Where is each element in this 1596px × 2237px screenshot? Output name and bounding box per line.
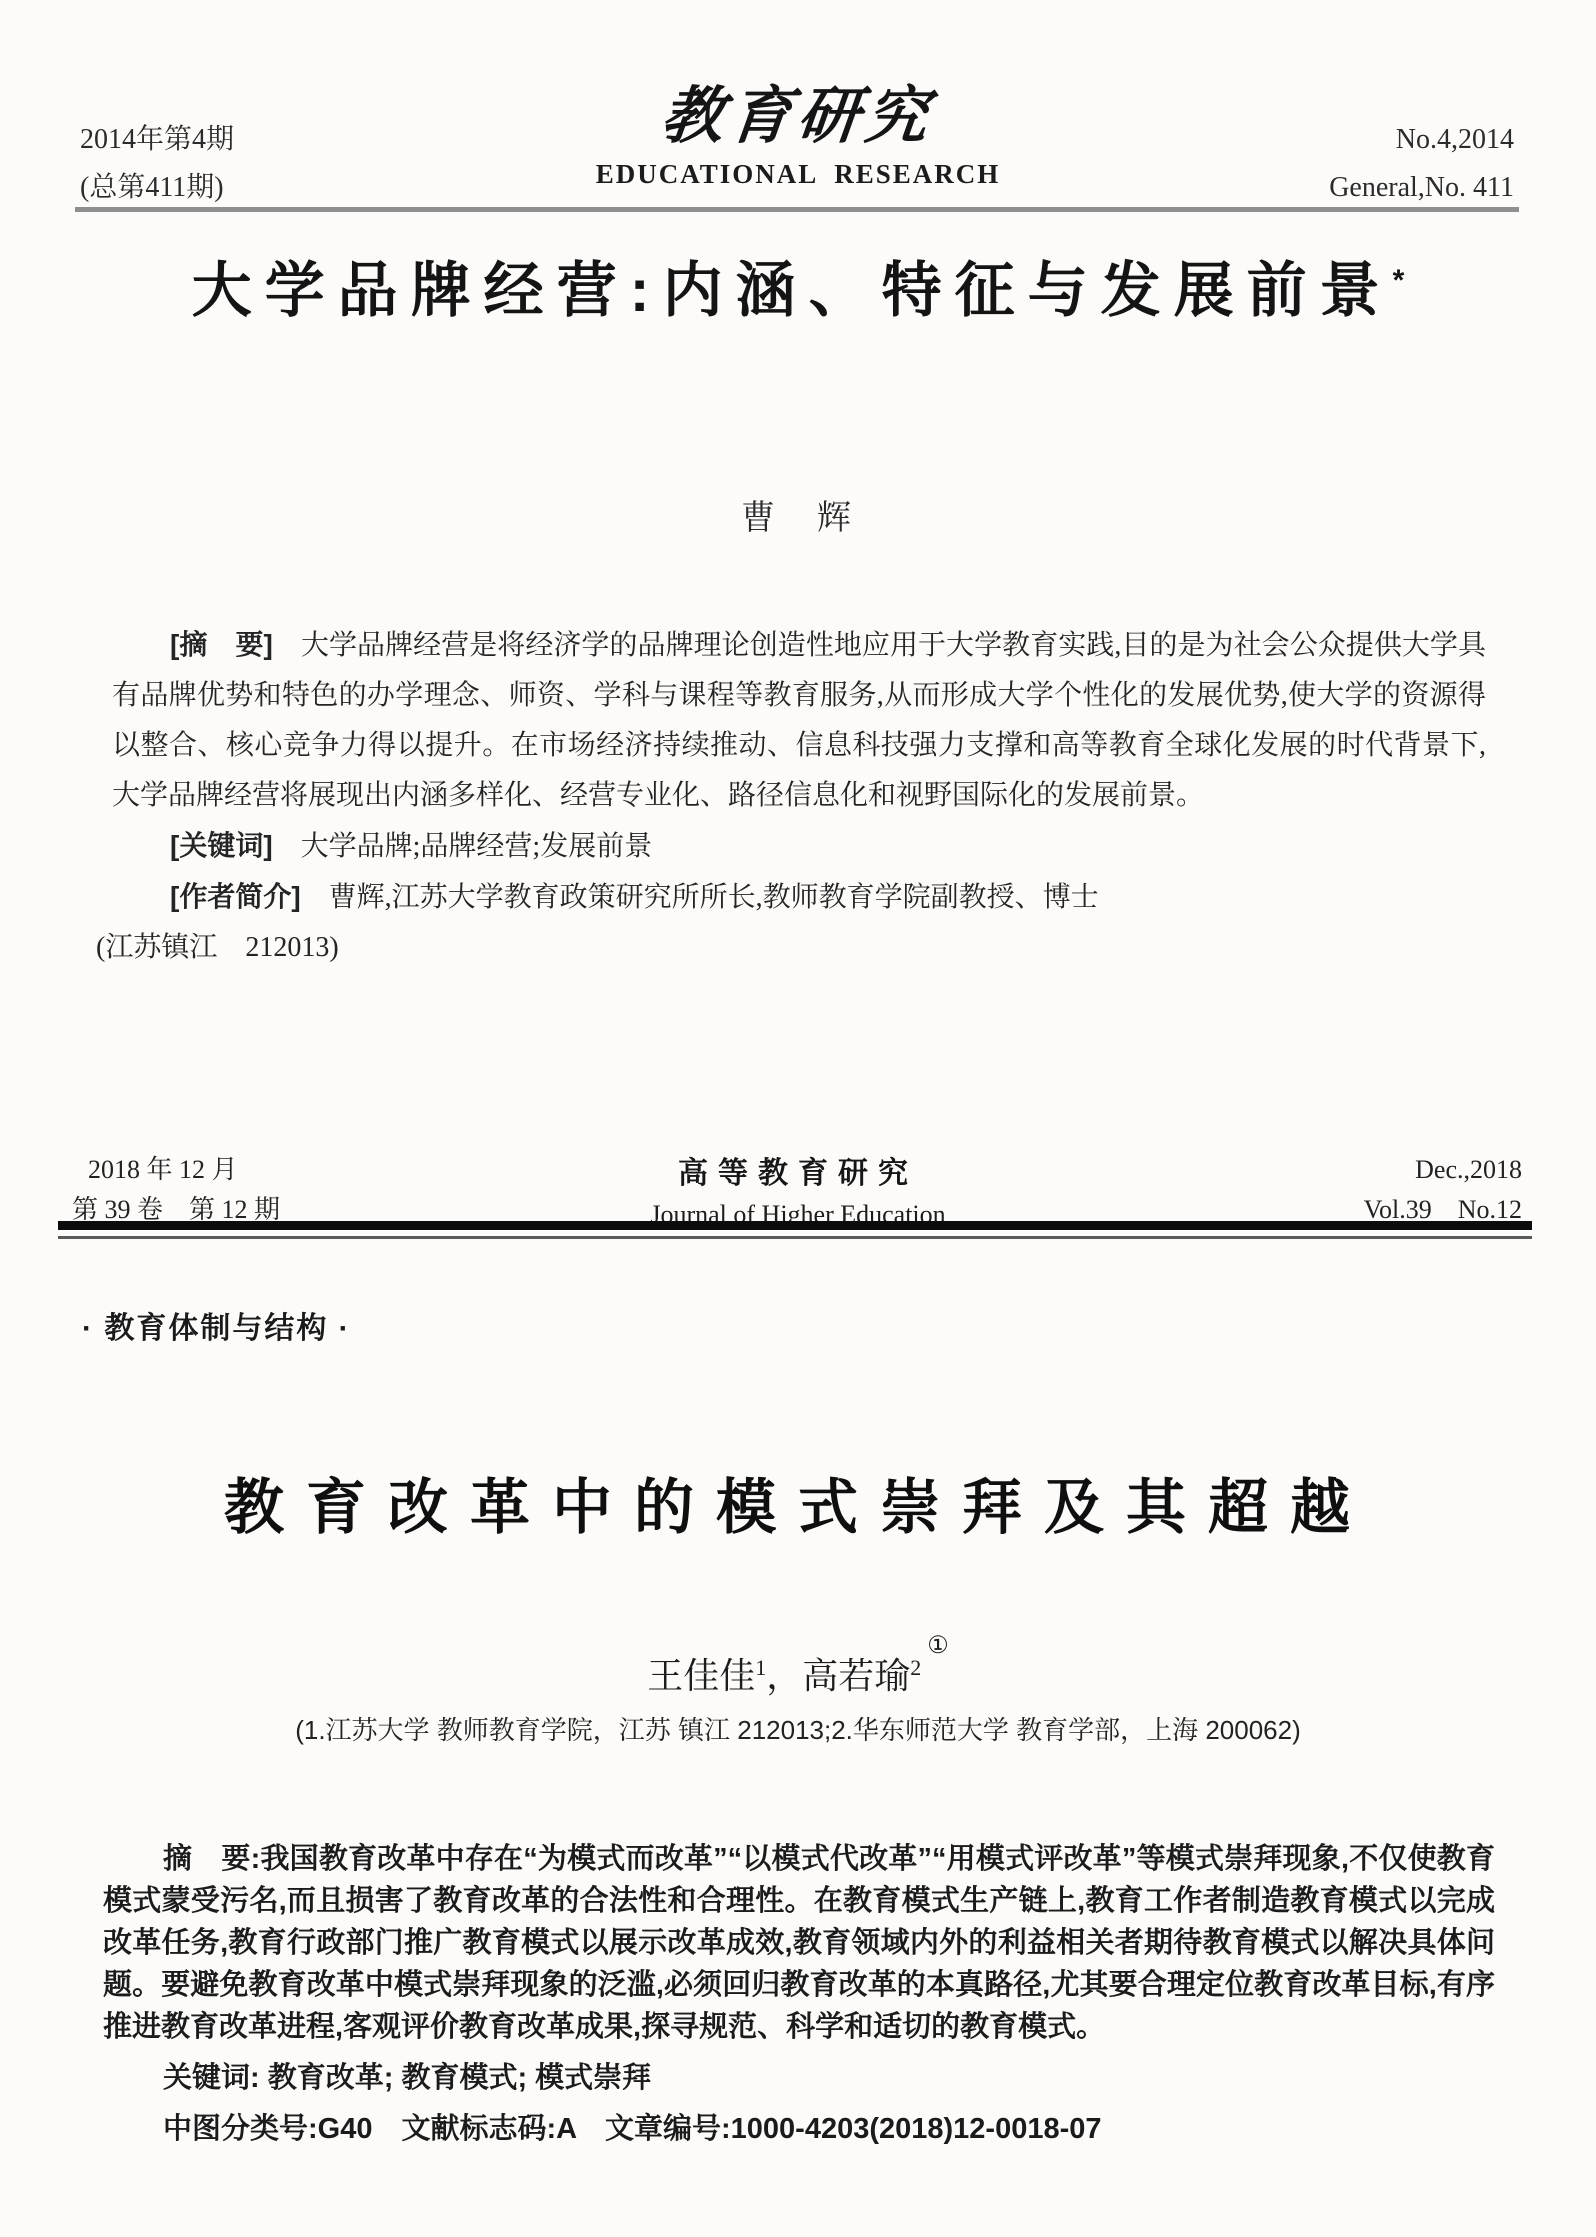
article1-bio-text: 曹辉,江苏大学教育政策研究所所长,教师教育学院副教授、博士 (301, 882, 1099, 913)
article2-title: 教育改革中的模式崇拜及其超越 (0, 1460, 1596, 1546)
article2-keywords-label: 关键词: (163, 2062, 260, 2094)
journal1-number-block: No.4,2014 General,No. 411 (1329, 116, 1514, 212)
article2-section-marker: · 教育体制与结构 · (82, 1303, 351, 1347)
article2-keywords-text: 教育改革; 教育模式; 模式崇拜 (260, 2062, 652, 2094)
journal2-number-block: Dec.,2018 Vol.39 No.12 (1364, 1150, 1522, 1230)
article2-affiliation: (1.江苏大学 教师教育学院，江苏 镇江 212013;2.华东师范大学 教育学… (0, 1710, 1596, 1747)
article2-authors: 王佳佳1，高若瑜2① (0, 1648, 1596, 1699)
article2-author1-superscript: 1 (755, 1655, 766, 1680)
article2-abstract: 摘 要:我国教育改革中存在“为模式而改革”“以模式代改革”“用模式评改革”等模式… (103, 1838, 1495, 2048)
article1-keywords: [关键词] 大学品牌;品牌经营;发展前景 (112, 821, 1486, 872)
article1-keywords-text: 大学品牌;品牌经营;发展前景 (273, 831, 653, 862)
article1-title-footnote-asterisk: * (1393, 264, 1405, 297)
article1-front-matter: [摘 要] 大学品牌经营是将经济学的品牌理论创造性地应用于大学教育实践,目的是为… (112, 620, 1486, 973)
article1-keywords-label: [关键词] (170, 830, 273, 861)
journal2-name-chinese: 高等教育研究 (0, 1148, 1596, 1192)
article1-abstract: [摘 要] 大学品牌经营是将经济学的品牌理论创造性地应用于大学教育实践,目的是为… (112, 620, 1486, 821)
article2-keywords: 关键词: 教育改革; 教育模式; 模式崇拜 (103, 2057, 1495, 2099)
journal2-masthead: 高等教育研究 Journal of Higher Education (0, 1148, 1596, 1230)
journal1-number-top: No.4,2014 (1329, 116, 1514, 164)
article2-front-matter: 摘 要:我国教育改革中存在“为模式而改革”“以模式代改革”“用模式评改革”等模式… (103, 1838, 1495, 2150)
journal1-header-rule (75, 207, 1519, 212)
article1-abstract-label: [摘 要] (170, 629, 273, 660)
article1-title: 大学品牌经营:内涵、特征与发展前景* (0, 243, 1596, 329)
article2-abstract-text: 我国教育改革中存在“为模式而改革”“以模式代改革”“用模式评改革”等模式崇拜现象… (103, 1843, 1495, 2043)
journal2-header-rule-thin (58, 1236, 1532, 1239)
article1-author: 曹 辉 (0, 490, 1596, 539)
article1-abstract-text: 大学品牌经营是将经济学的品牌理论创造性地应用于大学教育实践,目的是为社会公众提供… (112, 630, 1486, 811)
article1-bio-address: (江苏镇江 212013) (96, 923, 1486, 973)
article2-author2-superscript: 2 (910, 1655, 921, 1680)
article2-classification-line: 中图分类号:G40 文献标志码:A 文章编号:1000-4203(2018)12… (103, 2108, 1495, 2150)
article2-abstract-label: 摘 要: (163, 1843, 260, 1875)
article2-author1-name: 王佳佳 (647, 1655, 755, 1696)
article1-author-bio: [作者简介] 曹辉,江苏大学教育政策研究所所长,教师教育学院副教授、博士 (112, 872, 1486, 923)
journal1-logo-calligraphy: 教育研究 (657, 66, 938, 155)
article1-title-text: 大学品牌经营:内涵、特征与发展前景 (192, 257, 1393, 324)
article2-footnote-mark: ① (927, 1633, 949, 1659)
article2-author2-name: 高若瑜 (802, 1655, 910, 1696)
article2-author-separator: ， (766, 1655, 802, 1696)
article1-bio-label: [作者简介] (170, 881, 301, 912)
journal1-number-bottom: General,No. 411 (1329, 164, 1514, 212)
journal2-number-top: Dec.,2018 (1364, 1150, 1522, 1190)
journal-page-scan: 2014年第4期 (总第411期) 教育研究 EDUCATIONAL RESEA… (0, 0, 1596, 2237)
journal2-header-rule-thick (58, 1221, 1532, 1230)
